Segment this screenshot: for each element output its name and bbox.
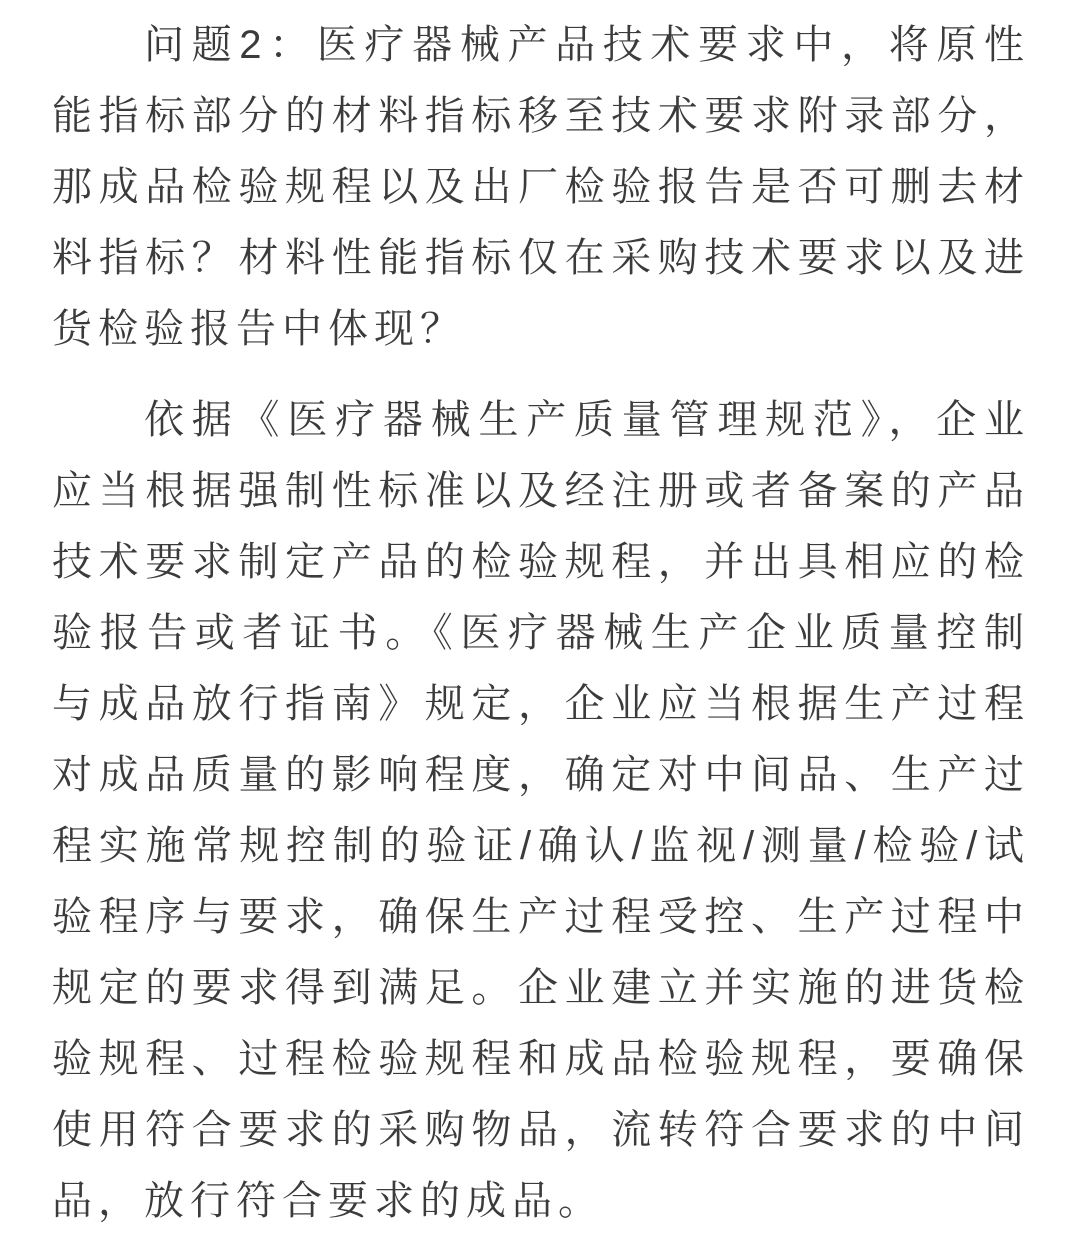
article-body: 问题2：医疗器械产品技术要求中，将原性能指标部分的材料指标移至技术要求附录部分，… [52,10,1030,1237]
question-paragraph: 问题2：医疗器械产品技术要求中，将原性能指标部分的材料指标移至技术要求附录部分，… [52,10,1030,365]
answer-paragraph: 依据《医疗器械生产质量管理规范》，企业应当根据强制性标准以及经注册或者备案的产品… [52,385,1030,1237]
document-page: 问题2：医疗器械产品技术要求中，将原性能指标部分的材料指标移至技术要求附录部分，… [0,0,1080,1245]
